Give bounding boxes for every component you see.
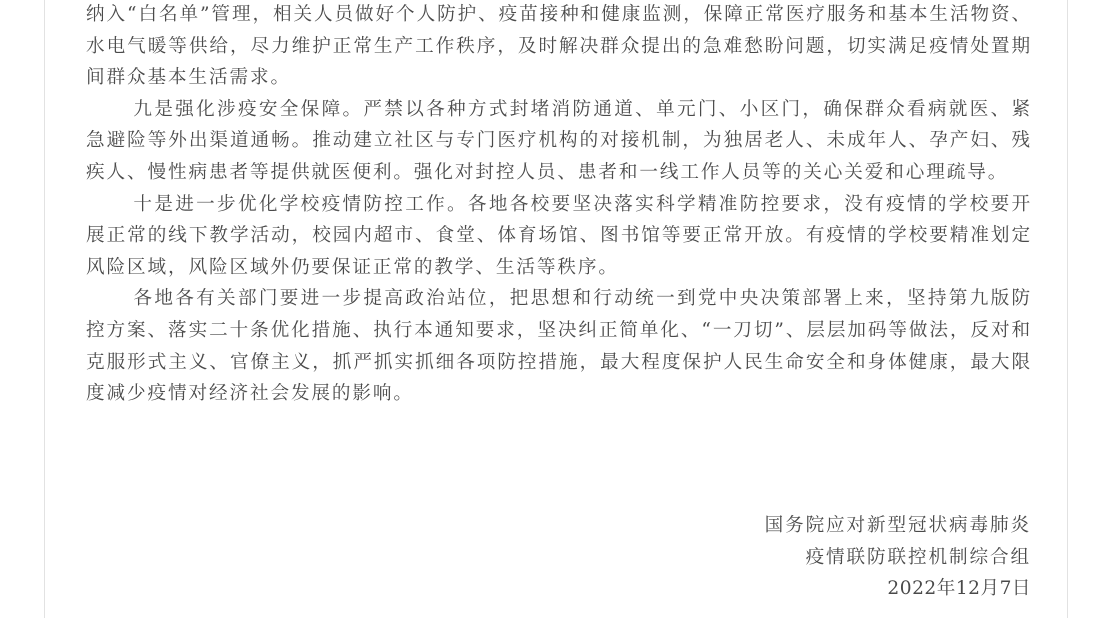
article-body: 纳入“白名单”管理，相关人员做好个人防护、疫苗接种和健康监测，保障正常医疗服务和… (86, 0, 1032, 410)
signature-organization-line2: 疫情联防联控机制综合组 (765, 542, 1031, 574)
paragraph-item-ten: 十是进一步优化学校疫情防控工作。各地各校要坚决落实科学精准防控要求，没有疫情的学… (86, 189, 1032, 284)
paragraph-item-nine: 九是强化涉疫安全保障。严禁以各种方式封堵消防通道、单元门、小区门，确保群众看病就… (86, 94, 1032, 189)
paragraph-conclusion: 各地各有关部门要进一步提高政治站位，把思想和行动统一到党中央决策部署上来，坚持第… (86, 283, 1032, 409)
paragraph-continuation: 纳入“白名单”管理，相关人员做好个人防护、疫苗接种和健康监测，保障正常医疗服务和… (86, 0, 1032, 94)
document-page: 纳入“白名单”管理，相关人员做好个人防护、疫苗接种和健康监测，保障正常医疗服务和… (44, 0, 1068, 618)
signature-date: 2022年12月7日 (765, 573, 1031, 605)
signature-block: 国务院应对新型冠状病毒肺炎 疫情联防联控机制综合组 2022年12月7日 (765, 510, 1031, 605)
signature-organization-line1: 国务院应对新型冠状病毒肺炎 (765, 510, 1031, 542)
